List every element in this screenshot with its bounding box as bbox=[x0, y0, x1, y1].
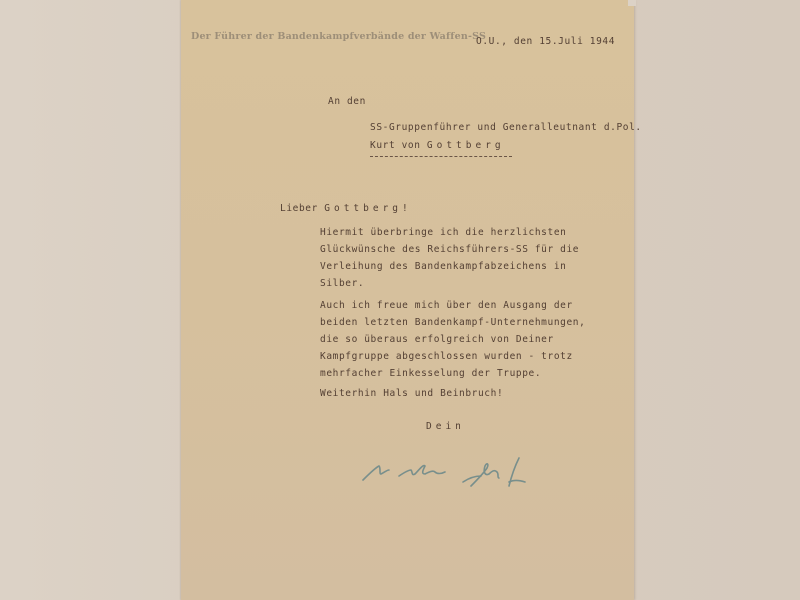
letter-paper: Der Führer der Bandenkampfverbände der W… bbox=[181, 0, 634, 600]
address-underline bbox=[370, 156, 512, 157]
address-name-first: Kurt von bbox=[370, 140, 421, 151]
salutation-name: Gottberg! bbox=[324, 203, 411, 214]
salutation-prefix: Lieber bbox=[280, 203, 318, 214]
body-line: Weiterhin Hals und Beinbruch! bbox=[320, 385, 503, 402]
body-line: beiden letzten Bandenkampf-Unternehmunge… bbox=[320, 314, 585, 331]
address-name: Kurt von Gottberg bbox=[370, 140, 505, 151]
letterhead: Der Führer der Bandenkampfverbände der W… bbox=[191, 31, 486, 42]
salutation: Lieber Gottberg! bbox=[280, 203, 412, 214]
signature-icon bbox=[359, 452, 529, 492]
closing: Dein bbox=[426, 421, 465, 432]
address-rank: SS-Gruppenführer und Generalleutnant d.P… bbox=[370, 122, 642, 133]
address-name-last: Gottberg bbox=[427, 140, 505, 151]
body-paragraph-2: Auch ich freue mich über den Ausgang der… bbox=[320, 297, 585, 382]
body-line: Kampfgruppe abgeschlossen wurden - trotz bbox=[320, 348, 585, 365]
body-line: Silber. bbox=[320, 275, 579, 292]
body-line: mehrfacher Einkesselung der Truppe. bbox=[320, 365, 585, 382]
body-line: Hiermit überbringe ich die herzlichsten bbox=[320, 224, 579, 241]
body-paragraph-1: Hiermit überbringe ich die herzlichsten … bbox=[320, 224, 579, 292]
body-line: Glückwünsche des Reichsführers-SS für di… bbox=[320, 241, 579, 258]
body-line: Auch ich freue mich über den Ausgang der bbox=[320, 297, 585, 314]
body-line: die so überaus erfolgreich von Deiner bbox=[320, 331, 585, 348]
body-paragraph-3: Weiterhin Hals und Beinbruch! bbox=[320, 385, 503, 402]
dateline: O.U., den 15.Juli 1944 bbox=[476, 36, 615, 47]
body-line: Verleihung des Bandenkampfabzeichens in bbox=[320, 258, 579, 275]
address-intro: An den bbox=[328, 96, 366, 107]
